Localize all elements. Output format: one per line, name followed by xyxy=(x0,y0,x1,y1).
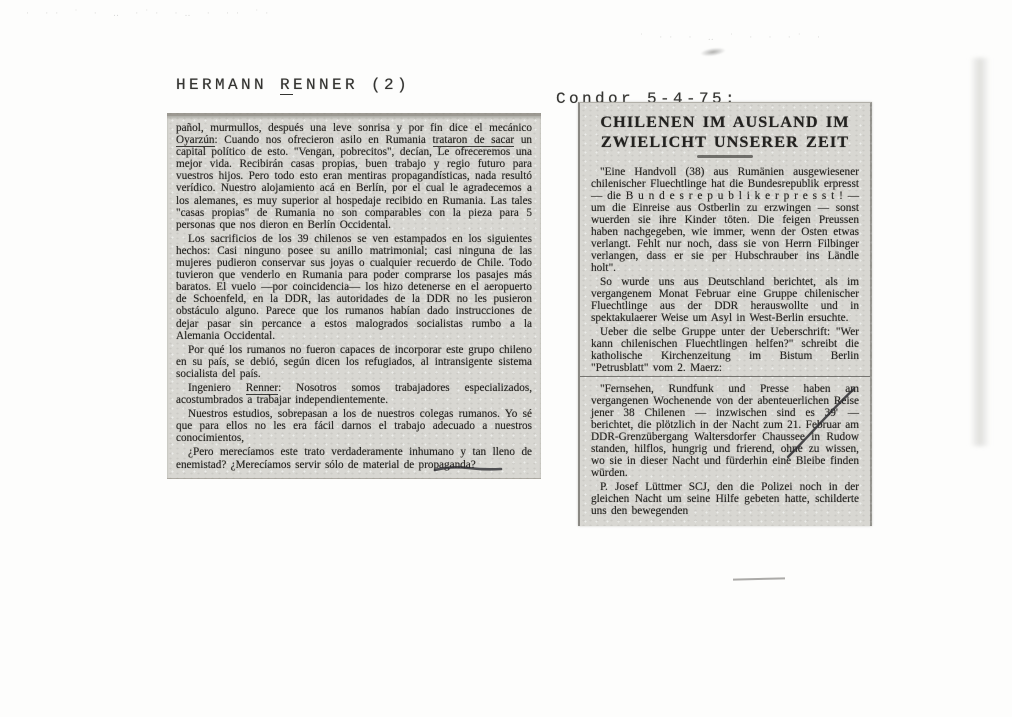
clipping-headline: CHILENEN IM AUSLAND IM ZWIELICHT UNSERER… xyxy=(591,112,859,152)
news-paragraph: ¿Pero merecíamos este trato verdaderamen… xyxy=(176,446,532,470)
news-paragraph: P. Josef Lüttmer SCJ, den die Polizei no… xyxy=(591,481,859,517)
news-paragraph: "Eine Handvoll (38) aus Rumänien ausgewi… xyxy=(591,166,859,274)
news-paragraph: "Fernsehen, Rundfunk und Presse haben am… xyxy=(591,383,859,479)
scan-smudge-blob xyxy=(700,46,727,58)
page-edge-smudge xyxy=(970,58,990,446)
scan-noise-top-right: ˙ ·· · ‥ ˙ · · ·˙ · xyxy=(640,32,827,43)
scan-faint-dash xyxy=(733,577,785,580)
clipping-body: pañol, murmullos, después una leve sonri… xyxy=(176,122,532,471)
news-paragraph: Ueber die selbe Gruppe unter der Uebersc… xyxy=(591,326,859,374)
newspaper-clipping-spanish: pañol, murmullos, después una leve sonri… xyxy=(167,113,541,479)
news-paragraph: Nuestros estudios, sobrepasan a los de n… xyxy=(176,408,532,444)
news-paragraph: pañol, murmullos, después una leve sonri… xyxy=(176,122,532,231)
clipping-body: "Eine Handvoll (38) aus Rumänien ausgewi… xyxy=(591,166,859,517)
news-paragraph: Los sacrificios de los 39 chilenos se ve… xyxy=(176,233,532,342)
headline-divider xyxy=(697,155,753,158)
newspaper-clipping-german: CHILENEN IM AUSLAND IM ZWIELICHT UNSERER… xyxy=(578,102,872,526)
scan-noise-top-left: · ·· ˙ · ‥ ·˙· ·‥ · ·· ˙· xyxy=(26,8,275,19)
news-paragraph: Ingeniero Renner: Nosotros somos trabaja… xyxy=(176,382,532,406)
news-paragraph: So wurde uns aus Deutschland berichtet, … xyxy=(591,276,859,324)
news-paragraph: Por qué los rumanos no fueron capaces de… xyxy=(176,344,532,380)
typewritten-annotation-author: HERMANN RENNER (2) xyxy=(176,76,410,94)
section-rule xyxy=(580,376,870,377)
